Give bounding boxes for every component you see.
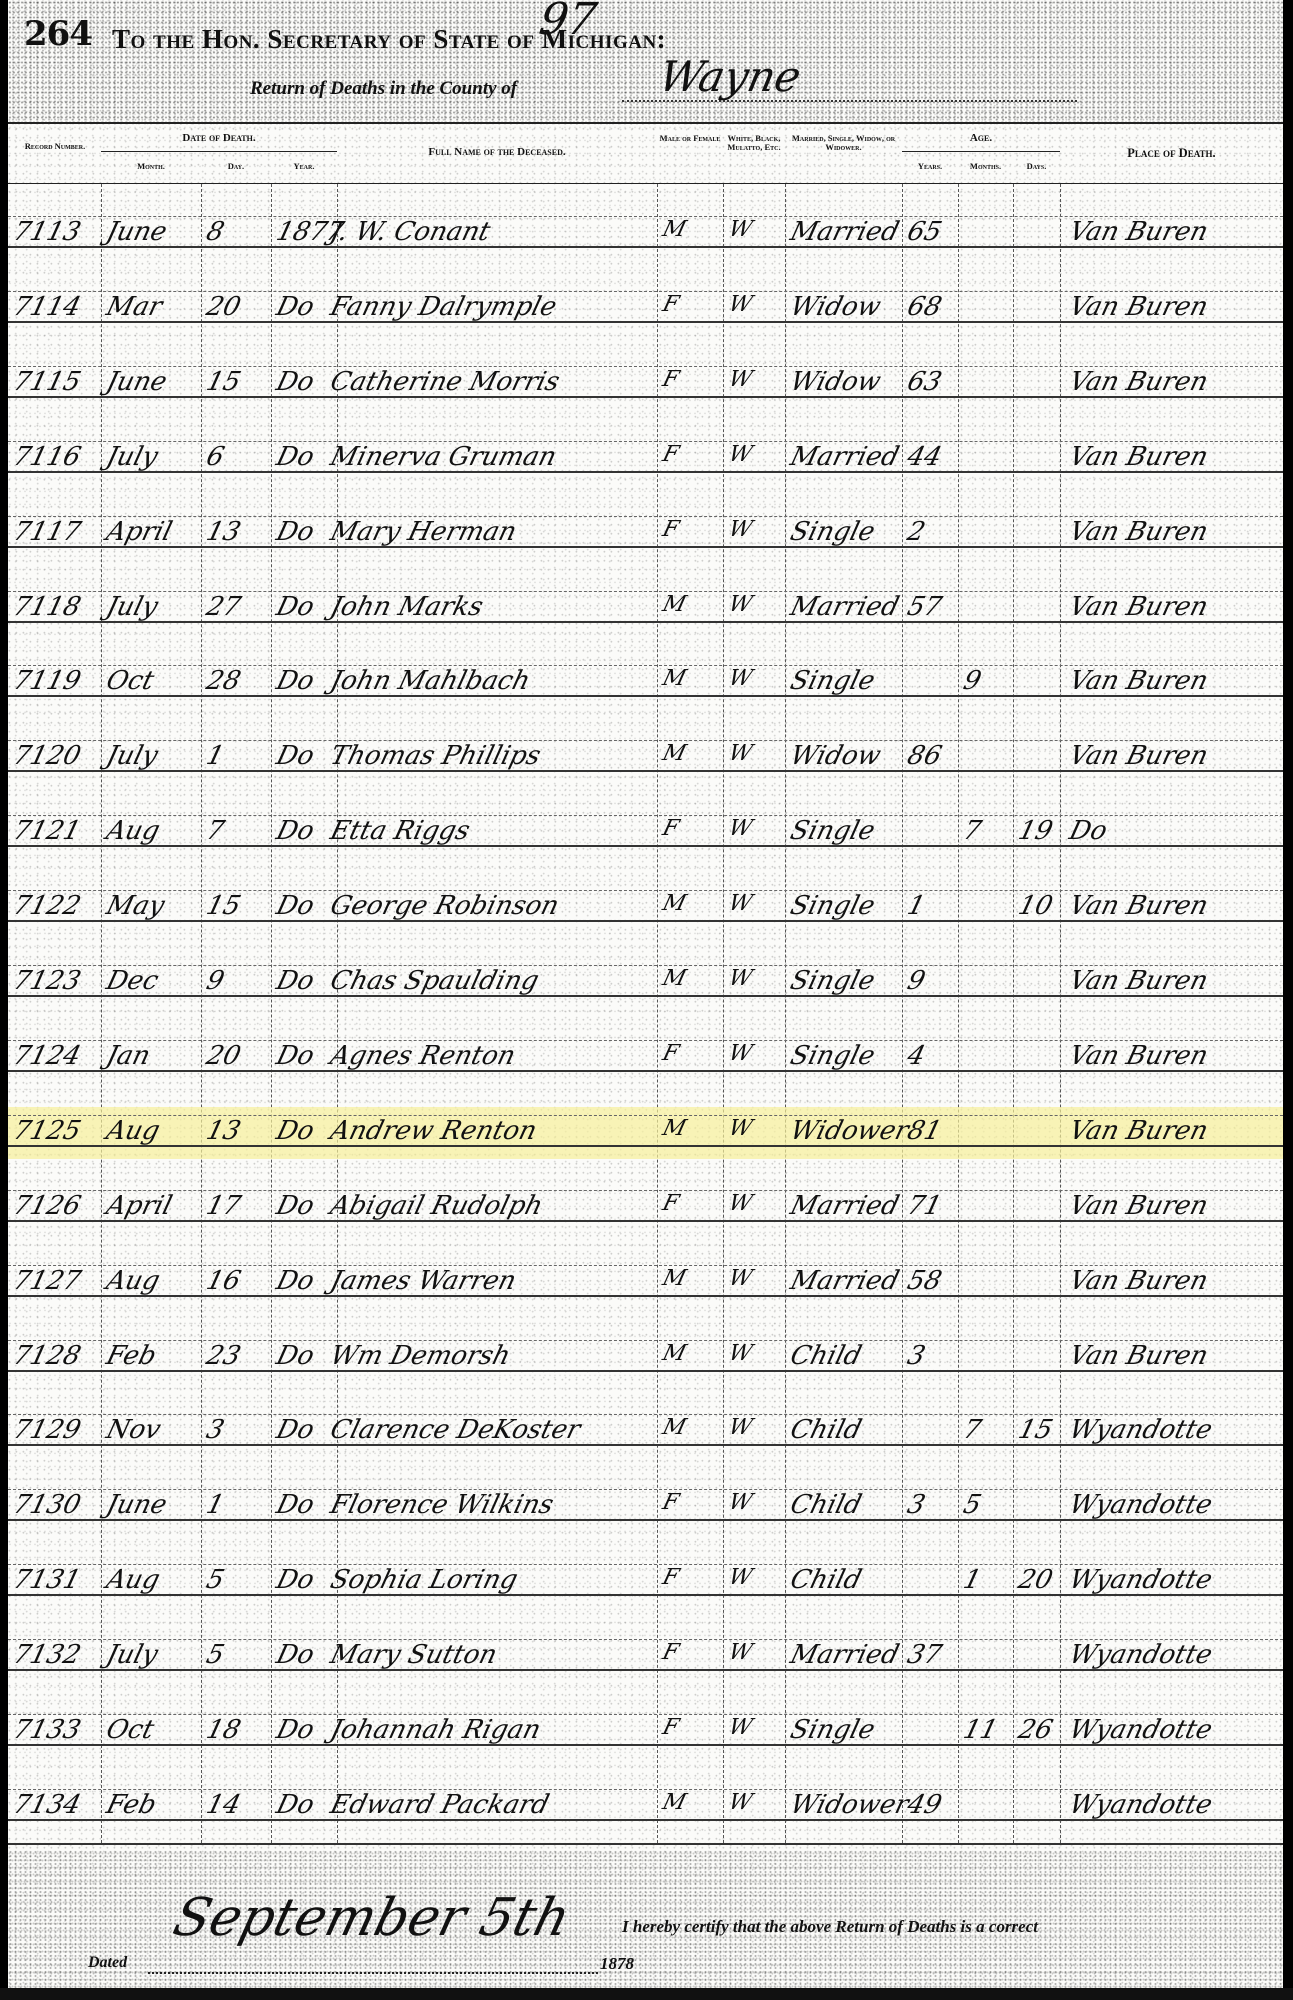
date-subheader-rule	[101, 151, 337, 152]
cell-day: 15	[204, 369, 244, 395]
cell-year: Do	[274, 818, 317, 844]
cell-sex: M	[660, 893, 688, 915]
cell-record: 7124	[11, 1043, 84, 1069]
cell-month: July	[104, 1642, 161, 1668]
cell-marital: Widow	[788, 294, 884, 320]
cell-months: 11	[961, 1717, 1001, 1743]
cell-place: Van Buren	[1067, 893, 1211, 919]
dated-underline	[148, 1972, 598, 1974]
cell-place: Van Buren	[1067, 1193, 1211, 1219]
cell-years: 71	[905, 1193, 945, 1219]
column-header-age-years: Years.	[902, 162, 958, 171]
cell-name: Agnes Renton	[328, 1043, 518, 1069]
page-number: 264	[24, 14, 92, 54]
column-header-sex: Male or Female	[657, 134, 723, 143]
cell-marital: Married	[788, 1642, 902, 1668]
cell-year: Do	[274, 594, 317, 620]
cell-name: Abigail Rudolph	[328, 1193, 546, 1219]
cell-years: 63	[905, 369, 945, 395]
cell-place: Van Buren	[1067, 1343, 1211, 1369]
cell-place: Van Buren	[1067, 1118, 1211, 1144]
cell-days: 10	[1016, 893, 1056, 919]
cell-day: 14	[204, 1792, 244, 1818]
cell-year: Do	[274, 1642, 317, 1668]
cell-record: 7123	[11, 968, 84, 994]
cell-sex: M	[660, 968, 688, 990]
cell-marital: Single	[788, 893, 878, 919]
handwritten-annotation: 97	[536, 0, 601, 45]
cell-month: Nov	[104, 1417, 164, 1443]
cell-sex: M	[660, 668, 688, 690]
table-header-bottom-rule	[8, 183, 1283, 184]
cell-marital: Married	[788, 1193, 902, 1219]
cell-month: July	[104, 743, 161, 769]
cell-year: Do	[274, 1118, 317, 1144]
cell-marital: Single	[788, 1717, 878, 1743]
cell-marital: Child	[788, 1567, 864, 1593]
cell-record: 7122	[11, 893, 84, 919]
cell-record: 7125	[11, 1118, 84, 1144]
cell-year: Do	[274, 1717, 317, 1743]
cell-day: 15	[204, 893, 244, 919]
column-header-race: White, Black, Mulatto, Etc.	[723, 134, 785, 152]
cell-name: Etta Riggs	[328, 818, 473, 844]
county-value: Wayne	[655, 52, 806, 101]
column-header-age-days: Days.	[1013, 162, 1060, 171]
cell-marital: Single	[788, 968, 878, 994]
cell-name: Catherine Morris	[328, 369, 562, 395]
cell-name: J. W. Conant	[328, 219, 493, 245]
table-top-rule	[8, 122, 1283, 124]
cell-place: Van Buren	[1067, 369, 1211, 395]
cell-sex: M	[660, 1118, 688, 1140]
cell-marital: Single	[788, 818, 878, 844]
cell-month: Feb	[104, 1792, 159, 1818]
cell-record: 7133	[11, 1717, 84, 1743]
cell-record: 7114	[11, 294, 84, 320]
cell-marital: Single	[788, 668, 878, 694]
cell-name: Fanny Dalrymple	[328, 294, 559, 320]
cell-year: Do	[274, 1792, 317, 1818]
cell-record: 7121	[11, 818, 84, 844]
table-bottom-rule	[8, 1843, 1283, 1845]
cell-marital: Single	[788, 519, 878, 545]
cell-place: Van Buren	[1067, 219, 1211, 245]
cell-marital: Married	[788, 219, 902, 245]
cell-days: 15	[1016, 1417, 1056, 1443]
cell-days: 26	[1016, 1717, 1056, 1743]
cell-place: Wyandotte	[1067, 1567, 1215, 1593]
cell-years: 58	[905, 1268, 945, 1294]
cell-years: 86	[905, 743, 945, 769]
cell-years: 81	[905, 1118, 945, 1144]
column-header-year: Year.	[271, 162, 337, 171]
cell-record: 7130	[11, 1492, 84, 1518]
cell-month: Oct	[104, 1717, 157, 1743]
cell-record: 7115	[11, 369, 84, 395]
cell-name: Chas Spaulding	[328, 968, 542, 994]
cell-year: Do	[274, 1343, 317, 1369]
column-header-marital-status: Married, Single, Widow, or Widower.	[785, 134, 902, 152]
cell-month: Dec	[104, 968, 161, 994]
cell-name: Florence Wilkins	[328, 1492, 556, 1518]
cell-sex: M	[660, 1417, 688, 1439]
cell-day: 28	[204, 668, 244, 694]
cell-name: Sophia Loring	[328, 1567, 520, 1593]
cell-month: May	[104, 893, 167, 919]
cell-record: 7113	[11, 219, 84, 245]
dated-label: Dated	[88, 1954, 127, 1972]
cell-record: 7128	[11, 1343, 84, 1369]
cell-name: John Mahlbach	[328, 668, 533, 694]
column-header-full-name: Full Name of the Deceased.	[337, 147, 657, 159]
cell-years: 44	[905, 444, 945, 470]
dated-year: 1878	[600, 1954, 634, 1974]
cell-year: Do	[274, 743, 317, 769]
cell-place: Do	[1067, 818, 1110, 844]
cell-record: 7118	[11, 594, 84, 620]
cell-sex: M	[660, 1792, 688, 1814]
cell-day: 13	[204, 519, 244, 545]
cell-year: Do	[274, 1417, 317, 1443]
cell-day: 17	[204, 1193, 244, 1219]
cell-place: Wyandotte	[1067, 1642, 1215, 1668]
cell-marital: Single	[788, 1043, 878, 1069]
cell-record: 7127	[11, 1268, 84, 1294]
cell-years: 65	[905, 219, 945, 245]
column-header-place-of-death: Place of Death.	[1060, 147, 1283, 160]
column-header-month: Month.	[101, 162, 201, 171]
cell-day: 23	[204, 1343, 244, 1369]
cell-marital: Married	[788, 1268, 902, 1294]
cell-sex: M	[660, 1343, 688, 1365]
cell-record: 7117	[11, 519, 84, 545]
cell-year: Do	[274, 294, 317, 320]
cell-record: 7120	[11, 743, 84, 769]
cell-day: 18	[204, 1717, 244, 1743]
cell-month: Aug	[104, 1567, 163, 1593]
cell-place: Van Buren	[1067, 743, 1211, 769]
cell-month: Oct	[104, 668, 157, 694]
column-header-record-number: Record Number.	[10, 142, 100, 151]
cell-place: Van Buren	[1067, 668, 1211, 694]
cell-name: Clarence DeKoster	[328, 1417, 583, 1443]
cell-month: July	[104, 594, 161, 620]
cell-record: 7129	[11, 1417, 84, 1443]
cell-days: 19	[1016, 818, 1056, 844]
cell-year: Do	[274, 968, 317, 994]
cell-place: Van Buren	[1067, 968, 1211, 994]
header-texture	[8, 0, 1283, 125]
age-subheader-rule	[902, 151, 1060, 152]
cell-month: Aug	[104, 1118, 163, 1144]
cell-sex: M	[660, 1268, 688, 1290]
cell-year: Do	[274, 1567, 317, 1593]
column-header-age: Age.	[902, 133, 1060, 145]
cell-day: 16	[204, 1268, 244, 1294]
cell-name: Thomas Phillips	[328, 743, 543, 769]
cell-years: 57	[905, 594, 945, 620]
cell-year: Do	[274, 668, 317, 694]
cell-record: 7131	[11, 1567, 84, 1593]
cell-marital: Married	[788, 444, 902, 470]
certification-text: I hereby certify that the above Return o…	[622, 1917, 1038, 1937]
cell-place: Wyandotte	[1067, 1717, 1215, 1743]
cell-sex: M	[660, 219, 688, 241]
scan-edge-right	[1283, 0, 1293, 2000]
cell-month: July	[104, 444, 161, 470]
cell-marital: Widower	[788, 1792, 911, 1818]
scan-edge-left	[0, 0, 8, 2000]
cell-year: Do	[274, 519, 317, 545]
cell-name: Mary Herman	[328, 519, 519, 545]
cell-years: 37	[905, 1642, 945, 1668]
cell-place: Van Buren	[1067, 519, 1211, 545]
cell-record: 7116	[11, 444, 84, 470]
cell-years: 68	[905, 294, 945, 320]
column-header-day: Day.	[201, 162, 271, 171]
cell-name: Mary Sutton	[328, 1642, 500, 1668]
column-header-age-months: Months.	[958, 162, 1013, 171]
cell-marital: Widow	[788, 743, 884, 769]
cell-marital: Child	[788, 1343, 864, 1369]
cell-place: Van Buren	[1067, 444, 1211, 470]
cell-month: Aug	[104, 818, 163, 844]
cell-month: Aug	[104, 1268, 163, 1294]
cell-record: 7132	[11, 1642, 84, 1668]
cell-month: June	[104, 219, 170, 245]
cell-day: 13	[204, 1118, 244, 1144]
cell-place: Wyandotte	[1067, 1417, 1215, 1443]
cell-month: Feb	[104, 1343, 159, 1369]
cell-year: Do	[274, 369, 317, 395]
cell-day: 20	[204, 1043, 244, 1069]
cell-month: April	[104, 519, 175, 545]
cell-place: Van Buren	[1067, 594, 1211, 620]
cell-days: 20	[1016, 1567, 1056, 1593]
cell-year: Do	[274, 444, 317, 470]
cell-marital: Widower	[788, 1118, 911, 1144]
cell-place: Wyandotte	[1067, 1492, 1215, 1518]
cell-name: Johannah Rigan	[328, 1717, 544, 1743]
cell-name: Edward Packard	[328, 1792, 552, 1818]
cell-name: Minerva Gruman	[328, 444, 559, 470]
cell-sex: M	[660, 594, 688, 616]
cell-place: Van Buren	[1067, 294, 1211, 320]
cell-marital: Child	[788, 1492, 864, 1518]
cell-year: Do	[274, 1492, 317, 1518]
cell-name: George Robinson	[328, 893, 562, 919]
cell-month: June	[104, 369, 170, 395]
cell-sex: M	[660, 743, 688, 765]
cell-month: Mar	[104, 294, 165, 320]
cell-name: Wm Demorsh	[328, 1343, 513, 1369]
cell-name: Andrew Renton	[328, 1118, 540, 1144]
cell-marital: Child	[788, 1417, 864, 1443]
cell-marital: Widow	[788, 369, 884, 395]
cell-record: 7119	[11, 668, 84, 694]
cell-marital: Married	[788, 594, 902, 620]
document-subtitle: Return of Deaths in the County of	[250, 78, 517, 100]
cell-years: 49	[905, 1792, 945, 1818]
cell-name: James Warren	[328, 1268, 519, 1294]
cell-name: John Marks	[328, 594, 486, 620]
cell-year: Do	[274, 1043, 317, 1069]
cell-record: 7126	[11, 1193, 84, 1219]
column-header-date-of-death: Date of Death.	[101, 133, 337, 145]
cell-day: 27	[204, 594, 244, 620]
cell-year: Do	[274, 1193, 317, 1219]
dated-value: September 5th	[168, 1888, 577, 1948]
cell-place: Wyandotte	[1067, 1792, 1215, 1818]
cell-year: Do	[274, 893, 317, 919]
scan-edge-bottom	[0, 1988, 1293, 2000]
cell-month: Jan	[104, 1043, 153, 1069]
cell-place: Van Buren	[1067, 1268, 1211, 1294]
cell-month: June	[104, 1492, 170, 1518]
cell-record: 7134	[11, 1792, 84, 1818]
cell-place: Van Buren	[1067, 1043, 1211, 1069]
cell-year: Do	[274, 1268, 317, 1294]
cell-day: 20	[204, 294, 244, 320]
cell-month: April	[104, 1193, 175, 1219]
